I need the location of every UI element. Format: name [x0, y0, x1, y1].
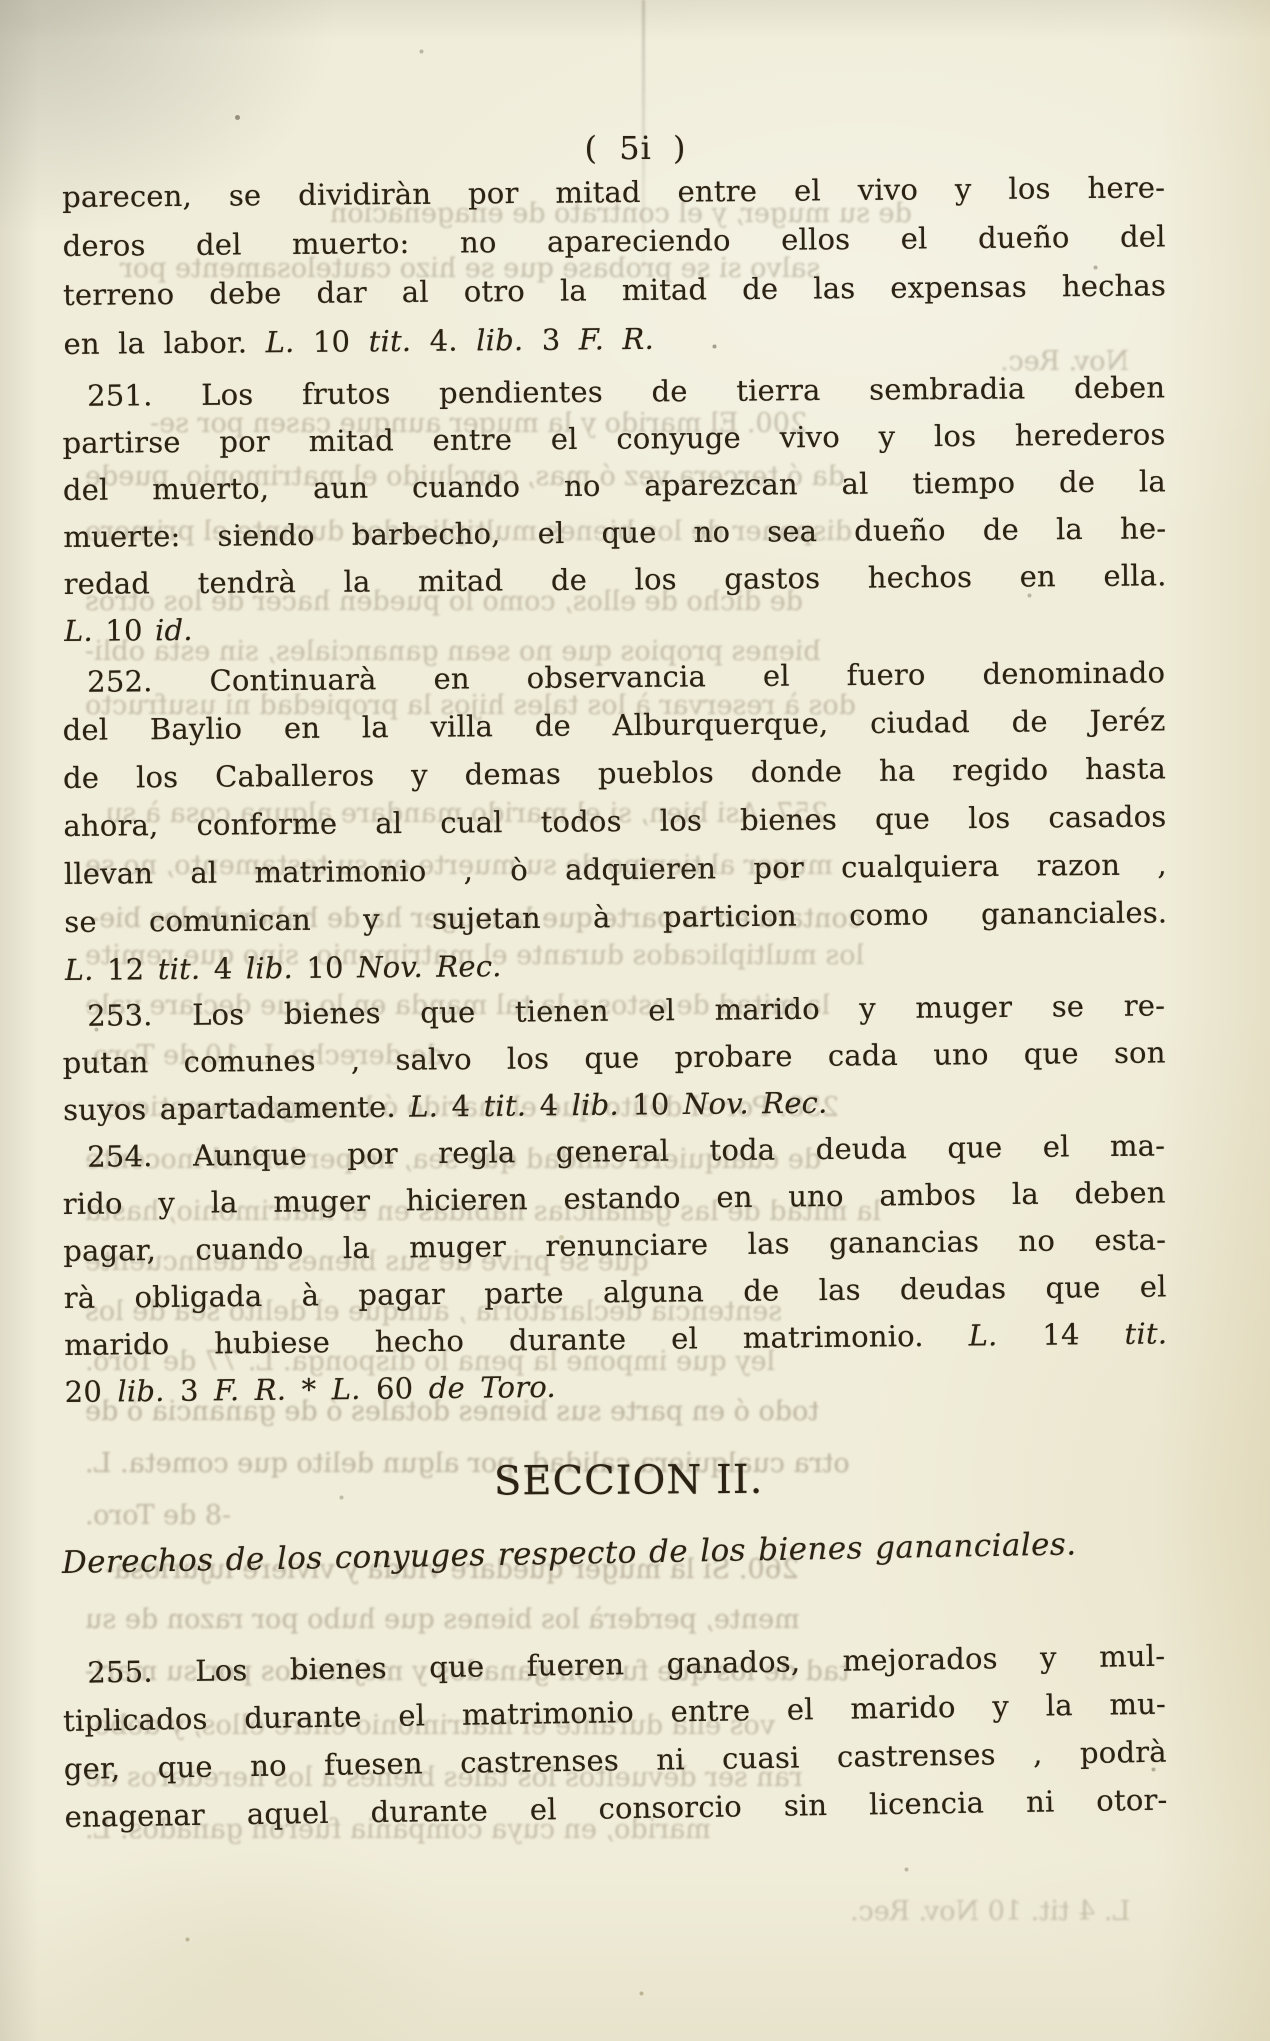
section-heading: SECCION II. — [77, 1455, 1180, 1506]
paragraph: 253. Los bienes que tienen el marido y m… — [62, 982, 1166, 1134]
paragraph: 254. Aunque por regla general toda deuda… — [62, 1122, 1168, 1416]
paragraph: 252. Continuarà en observancia el fuero … — [62, 648, 1168, 994]
paragraph: parecen, se dividiràn por mitad entre el… — [62, 163, 1167, 369]
text-line: en la labor. L. 10 tit. 4. lib. 3 F. R. — [63, 310, 1166, 369]
bleedthrough-text: -8 de Toro. — [85, 1502, 231, 1529]
paragraph: 255. Los bienes que fueren ganados, mejo… — [62, 1632, 1168, 1841]
paper-specks — [0, 0, 3, 3]
section-subtitle: Derechos de los conyuges respecto de los… — [62, 1525, 1165, 1582]
text-line: redad tendrà la mitad de los gastos hech… — [63, 552, 1166, 608]
bleedthrough-text: L. 4 tit. 10 Nov. Rec. — [850, 1898, 1130, 1925]
bleedthrough-text: mente, perderà los bienes que hubo por r… — [85, 1606, 800, 1633]
text-line: se comunican y sujetan à particion como … — [64, 888, 1167, 946]
book-page: de su muger, y el contrato de enagenacio… — [0, 0, 1270, 2041]
text-line: terreno debe dar al otro la mitad de las… — [63, 261, 1166, 320]
paragraph: 251. Los frutos pendientes de tierra sem… — [62, 364, 1167, 655]
text-line: L. 10 id. — [64, 599, 1167, 655]
